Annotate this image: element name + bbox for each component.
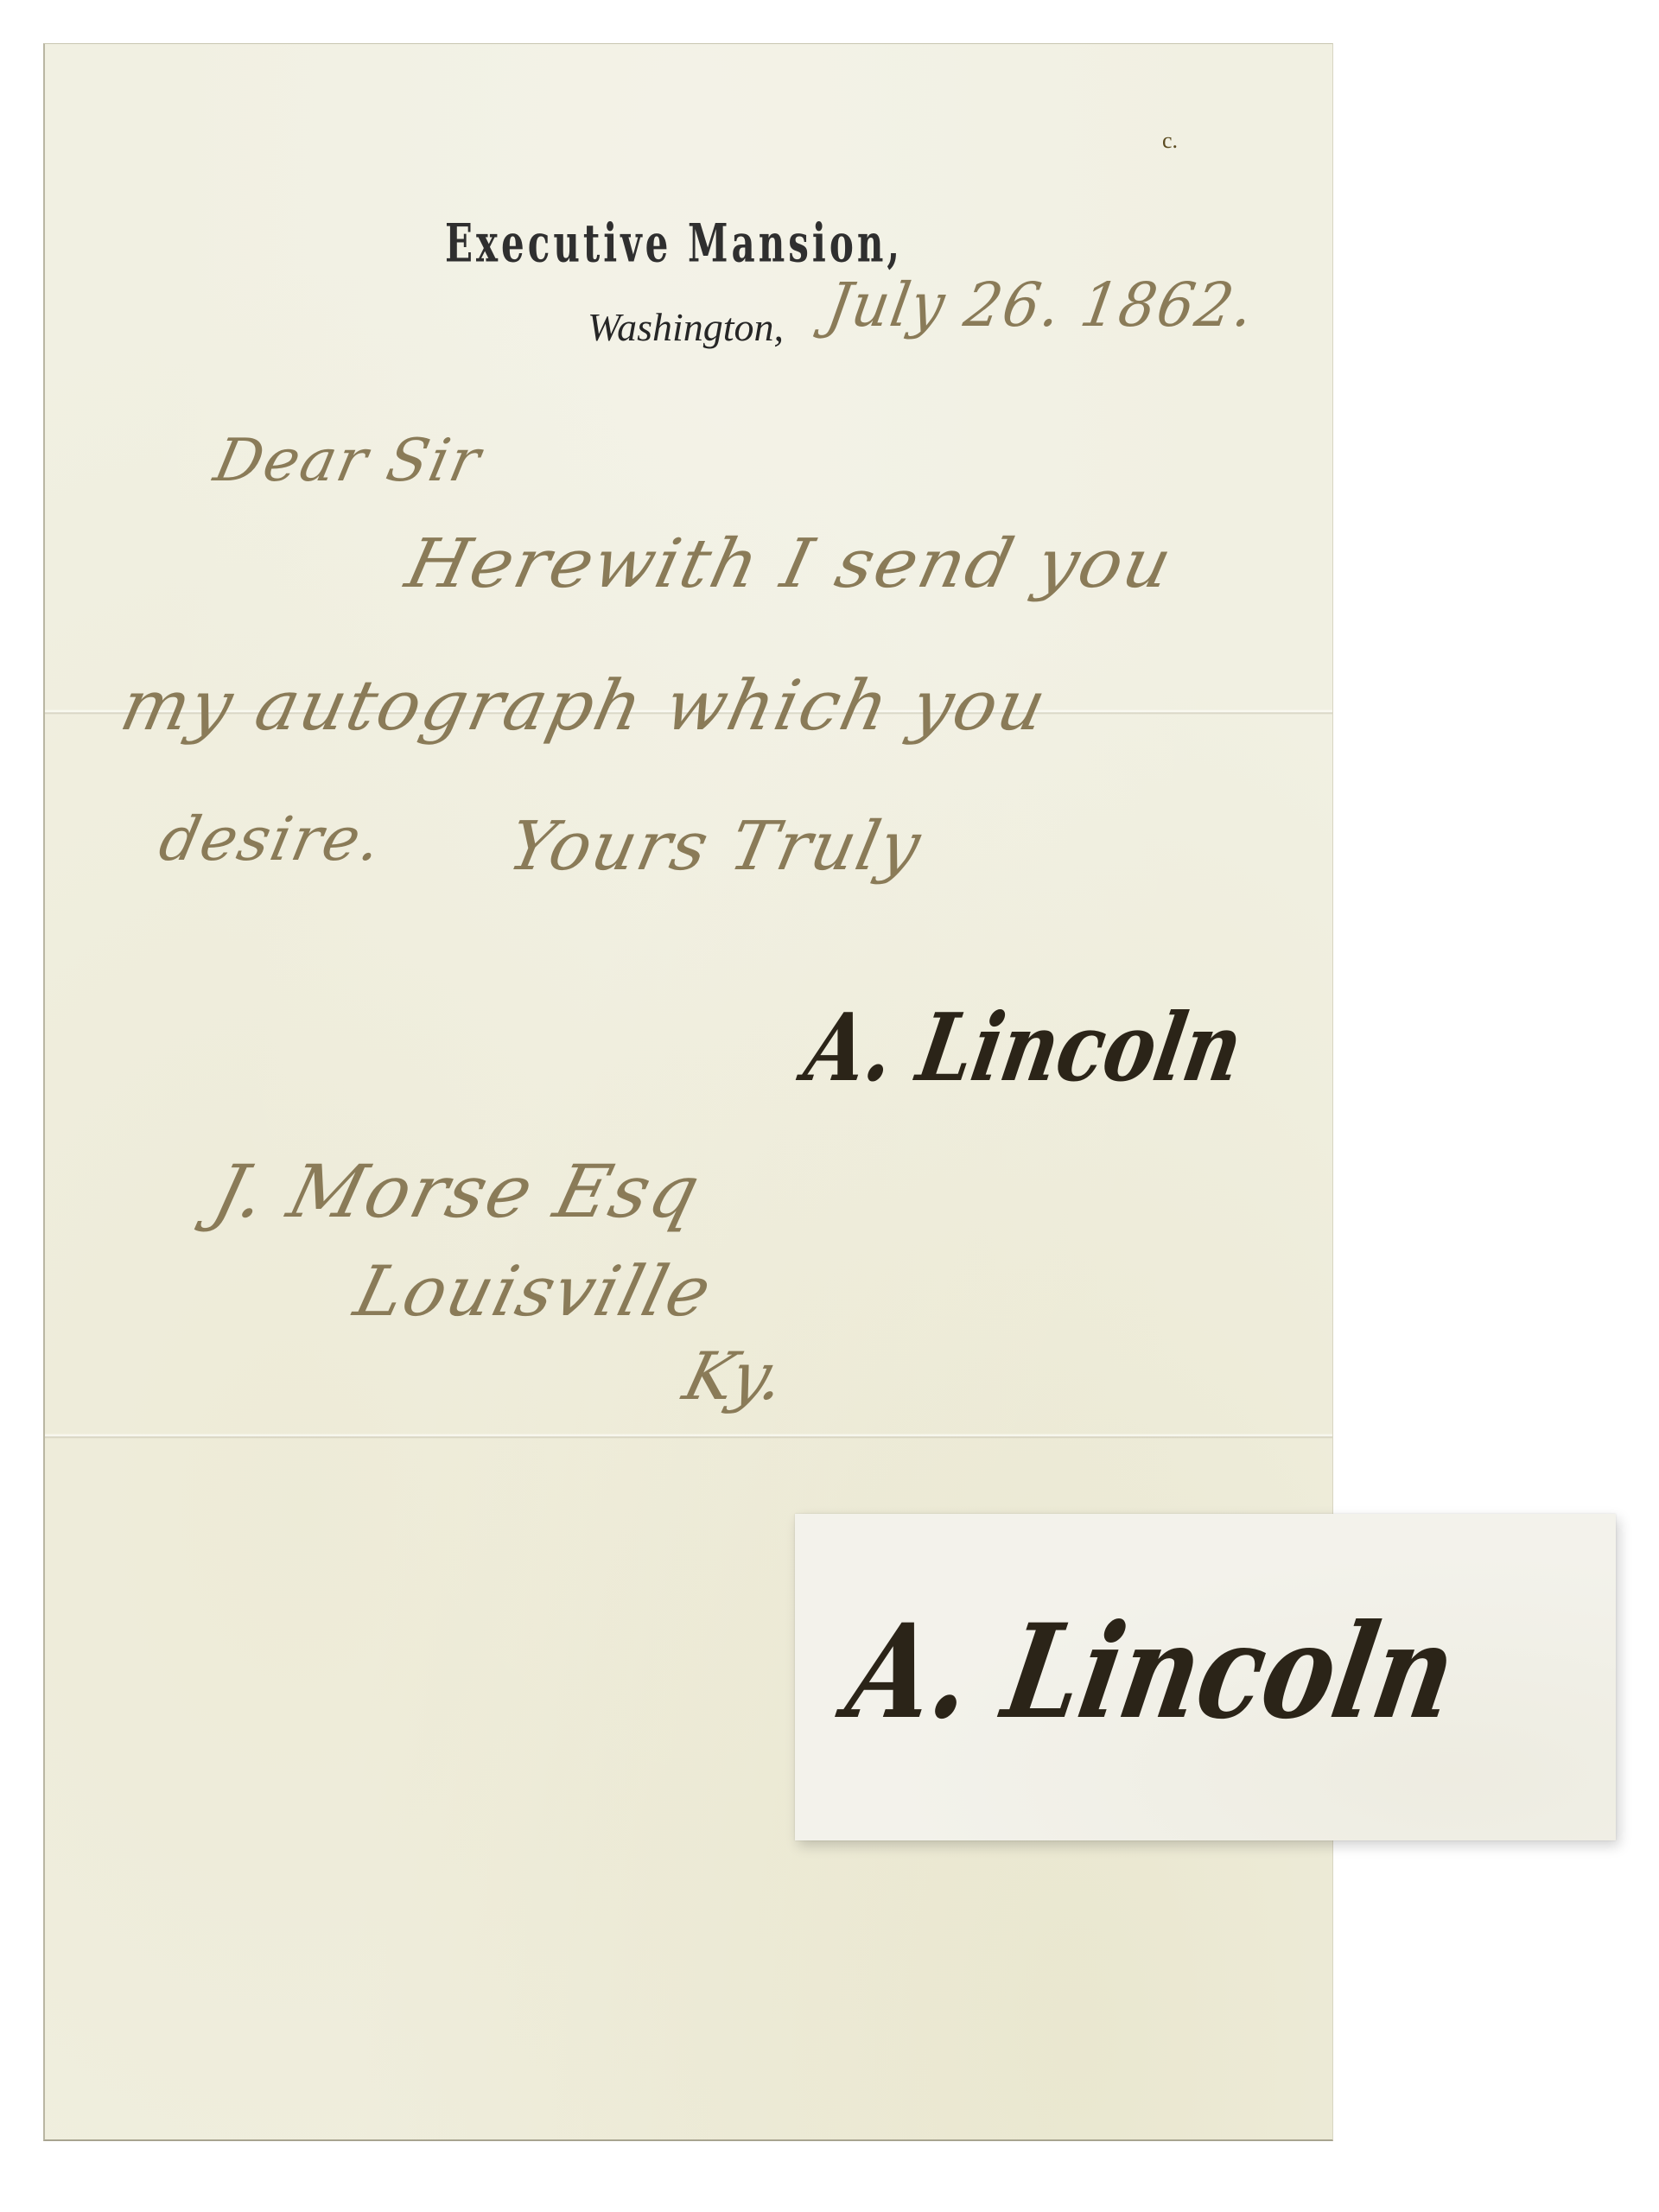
- recipient-city: Louisville: [347, 1251, 721, 1332]
- recipient-state: Ky.: [677, 1338, 795, 1414]
- fold-line-lower: [45, 1433, 1332, 1439]
- letter-salutation: Dear Sir: [208, 427, 487, 495]
- letterhead-place: Washington,: [588, 304, 784, 350]
- corner-ink-mark: c.: [1162, 128, 1178, 154]
- letter-date: July 26. 1862.: [822, 270, 1260, 340]
- recipient-name: J. Morse Esq: [206, 1149, 709, 1234]
- inset-signature: A. Lincoln: [837, 1596, 1465, 1748]
- letter-body-line-3: desire.: [154, 804, 390, 874]
- letter-body-line-2: my autograph which you: [114, 665, 1055, 746]
- signature-detail-inset: A. Lincoln: [795, 1514, 1616, 1840]
- letter-body-line-1: Herewith I send you: [399, 525, 1180, 603]
- letter-closing: Yours Truly: [502, 808, 929, 886]
- letter-signature: A. Lincoln: [798, 994, 1250, 1103]
- letterhead-title: Executive Mansion,: [445, 213, 903, 274]
